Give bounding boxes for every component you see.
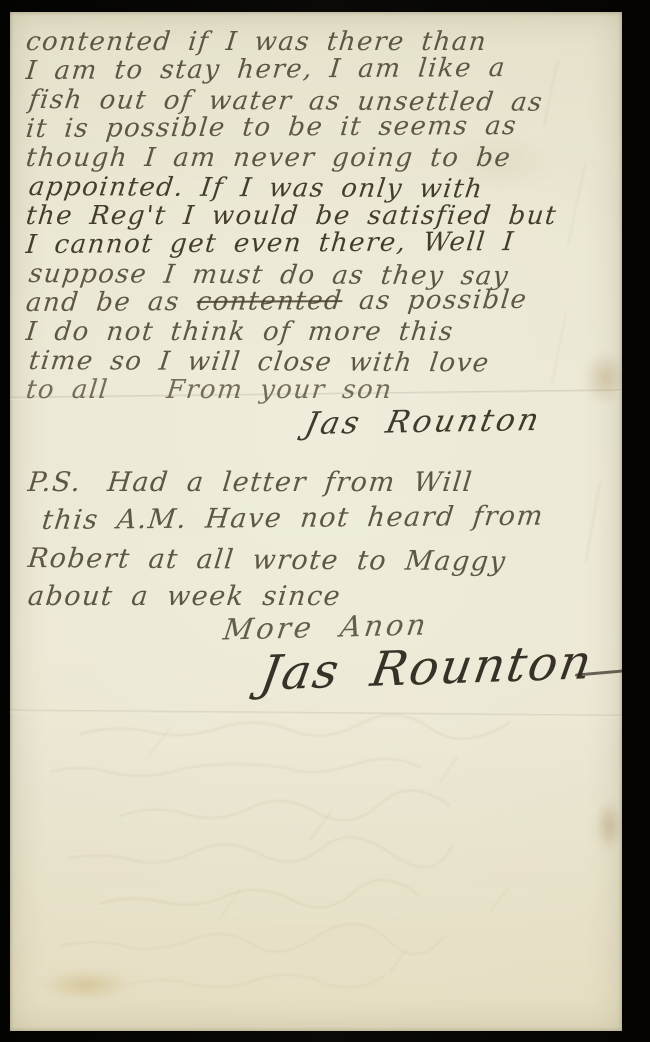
postscript-line: P.S.Had a letter from Will — [26, 464, 622, 502]
fold-crease — [10, 709, 622, 717]
strike-line-post: as possible — [341, 285, 529, 316]
letter-body: contented if I was there than I am to st… — [26, 28, 618, 405]
postscript-line: this A.M. Have not heard from — [40, 497, 622, 540]
letter-line: I am to stay here, I am like a — [25, 53, 620, 86]
letter-line-with-strikethrough: and be as contented as possible — [25, 285, 620, 318]
letter-page: contented if I was there than I am to st… — [10, 12, 622, 1031]
letter-line: I do not think of more this — [24, 318, 619, 347]
postscript-block: P.S.Had a letter from Will this A.M. Hav… — [28, 464, 622, 616]
postscript-text: Had a letter from Will — [106, 467, 475, 498]
letter-line: the Reg't I would be satisfied but — [24, 202, 619, 231]
postscript-line: Robert at all wrote to Maggy — [26, 540, 622, 582]
postscript-signature: Jas Rounton — [257, 634, 598, 701]
strike-line-pre: and be as — [25, 287, 199, 318]
postscript-label: P.S. — [26, 467, 83, 498]
letter-line: it is possible to be it seems as — [25, 111, 620, 144]
letter-line: though I am never going to be — [24, 144, 619, 173]
paper-stain — [38, 970, 134, 1000]
letter-scan: contented if I was there than I am to st… — [0, 0, 650, 1042]
paper-stain — [596, 800, 622, 852]
closing-line: to allFrom your son — [24, 376, 619, 405]
strikethrough-word: contented — [195, 286, 344, 317]
letter-line: contented if I was there than — [24, 28, 619, 57]
closing-from-your-son: From your son — [165, 375, 394, 405]
closing-to-all: to all — [24, 375, 110, 405]
letter-line: I cannot get even there, Well I — [25, 227, 620, 260]
closing-signature: Jas Rounton — [302, 402, 545, 442]
